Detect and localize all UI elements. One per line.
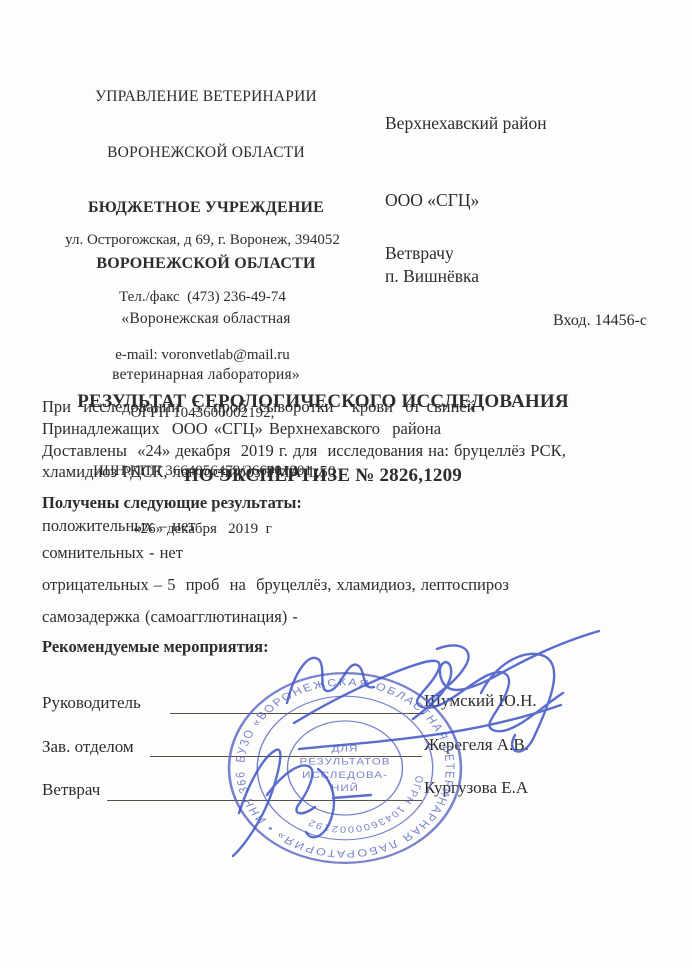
body-paragraph-line: Доставлены «24» декабря 2019 г. для иссл… <box>42 441 566 461</box>
body-paragraph-line: При исследовании 5 проб сыворотки крови … <box>42 397 476 417</box>
org-line: ВОРОНЕЖСКОЙ ОБЛАСТИ <box>60 144 352 163</box>
stamp-center-line: РЕЗУЛЬТАТОВ <box>300 757 391 768</box>
recipient-line: ООО «СГЦ» <box>385 188 547 214</box>
result-line: самозадержка (самоагглютинация) - <box>42 607 298 627</box>
stamp-center-line: НИЙ <box>331 782 359 794</box>
body-paragraph-line: Принадлежащих ООО «СГЦ» Верхнехавского р… <box>42 419 441 439</box>
result-line: положительных – нет <box>42 516 196 536</box>
contact-line: Тел./факс (473) 236-49-74 <box>45 288 360 307</box>
stamp-outer-circle <box>229 673 461 863</box>
stamp-ogrn-text: ОГРН 1043600002192 <box>305 775 424 834</box>
round-stamp: БУЗО «ВОРОНЕЖСКАЯ ОБЛАСТНАЯ ВЕТЕРИНАРНАЯ… <box>224 669 466 867</box>
contact-line: ул. Острогожская, д 69, г. Воронеж, 3940… <box>45 231 360 250</box>
signature-role-label: Зав. отделом <box>42 737 134 757</box>
results-heading: Получены следующие результаты: <box>42 493 302 513</box>
stamp-center-line: ИССЛЕДОВА- <box>302 770 388 781</box>
recipient-line: Верхнехавский район <box>385 111 547 137</box>
recipient-block: Верхнехавский район ООО «СГЦ» п. Вишнёвк… <box>385 60 547 341</box>
recipient-line: п. Вишнёвка <box>385 264 547 290</box>
signature-role-label: Руководитель <box>42 693 141 713</box>
incoming-number: Вход. 14456-с <box>553 312 647 330</box>
document-page: УПРАВЛЕНИЕ ВЕТЕРИНАРИИ ВОРОНЕЖСКОЙ ОБЛАС… <box>0 0 692 968</box>
recommendations-heading: Рекомендуемые мероприятия: <box>42 637 269 657</box>
addressee: Ветврачу <box>385 243 454 264</box>
stamp-middle-circle <box>257 696 432 840</box>
stamp-center-line: ДЛЯ <box>332 743 359 754</box>
result-line: отрицательных – 5 проб на бруцеллёз, хла… <box>42 575 509 595</box>
signature-role-label: Ветврач <box>42 780 100 800</box>
org-line: УПРАВЛЕНИЕ ВЕТЕРИНАРИИ <box>60 88 352 107</box>
result-line: сомнительных - нет <box>42 543 183 563</box>
svg-text:ОГРН 1043600002192: ОГРН 1043600002192 <box>305 775 424 834</box>
stamp-inner-circle <box>288 721 403 815</box>
body-paragraph-line: хламидиоз РДСК, лептоспироз РМА 1:50 <box>42 462 336 482</box>
